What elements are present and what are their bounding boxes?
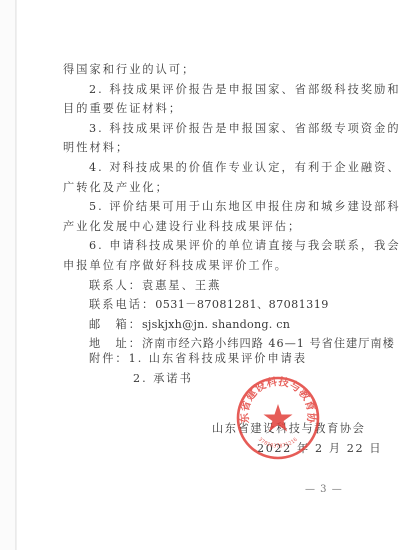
contact-phone: 联系电话：0531－87081281、87081319 xyxy=(63,295,353,315)
contact-person-label: 联系人： xyxy=(89,279,142,292)
contact-phone-value: 0531－87081281、87081319 xyxy=(155,298,329,311)
contact-phone-label: 联系电话： xyxy=(89,298,155,311)
page-number: — 3 — xyxy=(305,484,343,495)
contact-person: 联系人：袁惠星、王燕 xyxy=(63,276,353,296)
paragraph-line: 2. 科技成果评价报告是申报国家、省部级科技奖励和其他项 xyxy=(63,80,353,100)
paragraph-line: 5. 评价结果可用于山东地区申报住房和城乡建设部科技与 xyxy=(63,197,353,217)
attachment-item: 2. 承诺书 xyxy=(133,372,193,385)
paragraph-line: 4. 对科技成果的价值作专业认定，有利于企业融资、成果推 xyxy=(63,158,353,178)
contact-email: 邮 箱：sjskjxh@jn. shandong. cn xyxy=(63,315,353,335)
page-edge-line xyxy=(15,0,17,550)
paragraph-line: 申报单位有序做好科技成果评价工作。 xyxy=(63,256,353,276)
official-seal: 山东省建设科技与教育协会 3701037871216 xyxy=(236,376,320,460)
paragraph-line: 广转化及产业化； xyxy=(63,178,353,198)
scan-margin xyxy=(0,0,15,550)
attachment-line: 附件：1. 山东省科技成果评价申请表 xyxy=(63,349,307,369)
contact-email-label: 邮 箱： xyxy=(89,318,142,331)
contact-email-value: sjskjxh@jn. shandong. cn xyxy=(142,318,290,331)
svg-text:3701037871216: 3701037871216 xyxy=(257,437,299,450)
paragraph-line: 明性材料； xyxy=(63,138,353,158)
document-body: 得国家和行业的认可； 2. 科技成果评价报告是申报国家、省部级科技奖励和其他项 … xyxy=(63,60,353,354)
attachments-label: 附件： xyxy=(89,352,129,365)
paragraph-line: 得国家和行业的认可； xyxy=(63,60,353,80)
paragraph-line: 3. 科技成果评价报告是申报国家、省部级专项资金的重要证 xyxy=(63,119,353,139)
paragraph-line: 6. 申请科技成果评价的单位请直接与我会联系，我会将协助 xyxy=(63,236,353,256)
contact-person-value: 袁惠星、王燕 xyxy=(142,279,221,292)
attachment-item: 1. 山东省科技成果评价申请表 xyxy=(129,352,307,365)
paragraph-line: 产业化发展中心建设行业科技成果评估； xyxy=(63,217,353,237)
seal-icon: 山东省建设科技与教育协会 3701037871216 xyxy=(236,376,320,460)
paragraph-line: 目的重要佐证材料； xyxy=(63,99,353,119)
